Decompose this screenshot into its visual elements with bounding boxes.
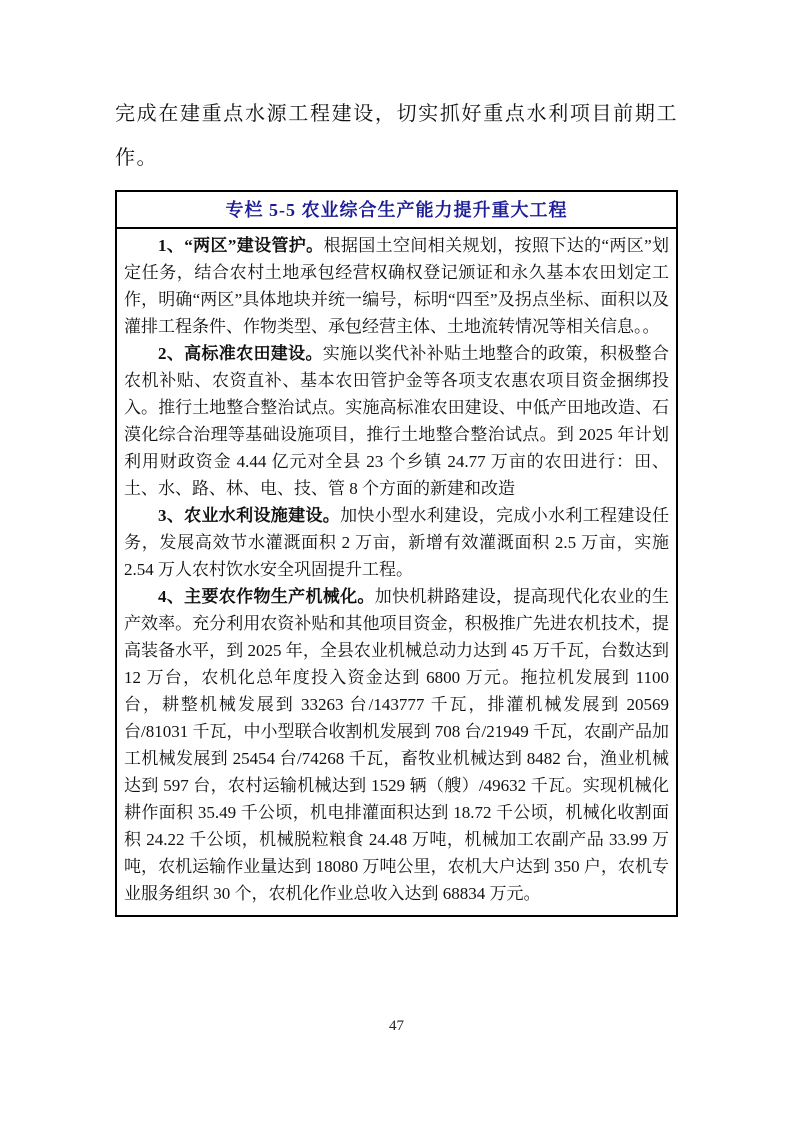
callout-paragraph: 2、高标准农田建设。实施以奖代补补贴土地整合的政策，积极整合农机补贴、农资直补、…: [124, 340, 669, 502]
callout-paragraph: 4、主要农作物生产机械化。加快机耕路建设，提高现代化农业的生产效率。充分利用农资…: [124, 583, 669, 907]
paragraph-lead: 4、主要农作物生产机械化。: [158, 587, 375, 606]
callout-box-body: 1、“两区”建设管护。根据国土空间相关规划，按照下达的“两区”划定任务，结合农村…: [117, 229, 676, 915]
callout-box-title: 专栏 5-5 农业综合生产能力提升重大工程: [117, 192, 676, 229]
document-page: 完成在建重点水源工程建设，切实抓好重点水利项目前期工作。 专栏 5-5 农业综合…: [0, 0, 793, 1122]
paragraph-lead: 2、高标准农田建设。: [158, 344, 323, 363]
callout-paragraph: 1、“两区”建设管护。根据国土空间相关规划，按照下达的“两区”划定任务，结合农村…: [124, 232, 669, 340]
intro-paragraph: 完成在建重点水源工程建设，切实抓好重点水利项目前期工作。: [115, 92, 678, 180]
callout-box: 专栏 5-5 农业综合生产能力提升重大工程 1、“两区”建设管护。根据国土空间相…: [115, 190, 678, 917]
callout-paragraph: 3、农业水利设施建设。加快小型水利建设，完成小水利工程建设任务，发展高效节水灌溉…: [124, 502, 669, 583]
paragraph-lead: 3、农业水利设施建设。: [158, 506, 340, 525]
page-number: 47: [0, 1018, 793, 1035]
paragraph-text: 实施以奖代补补贴土地整合的政策，积极整合农机补贴、农资直补、基本农田管护金等各项…: [124, 344, 669, 498]
paragraph-text: 加快机耕路建设，提高现代化农业的生产效率。充分利用农资补贴和其他项目资金，积极推…: [124, 587, 669, 903]
paragraph-lead: 1、“两区”建设管护。: [158, 236, 324, 255]
